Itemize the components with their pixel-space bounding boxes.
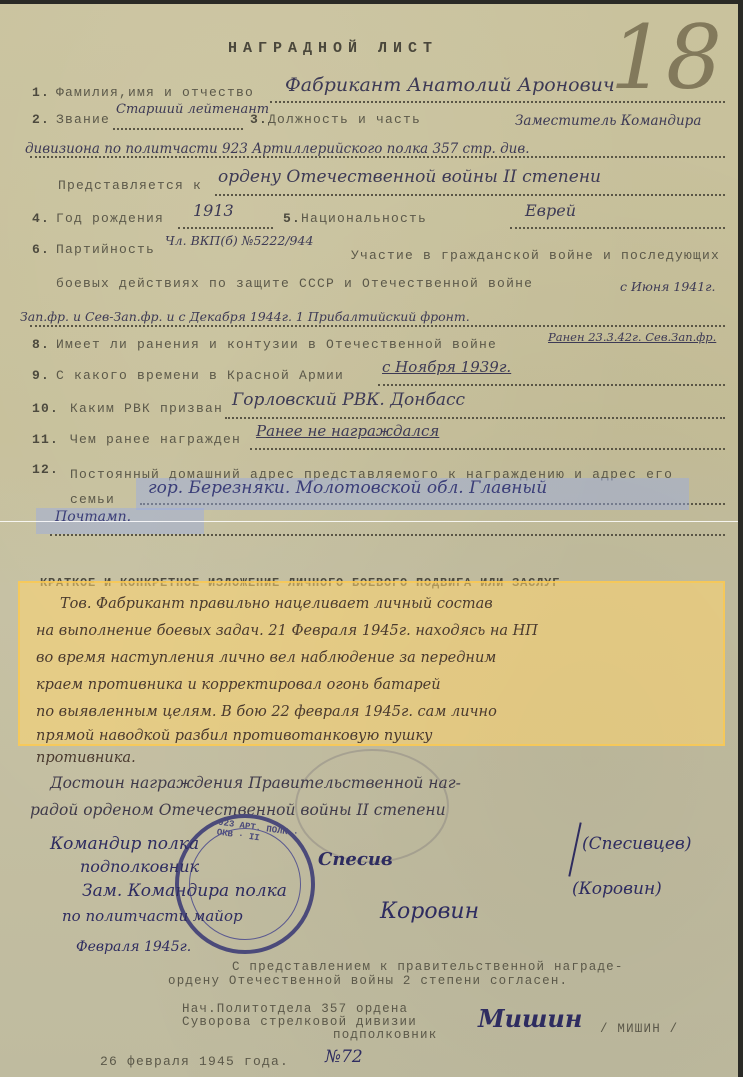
approval-role-3: подполковник (333, 1028, 437, 1042)
dotted-line (378, 382, 725, 386)
approval-role-1: Нач.Политотдела 357 ордена (182, 1002, 408, 1016)
dotted-line (225, 415, 725, 419)
document-title: НАГРАДНОЙ ЛИСТ (228, 40, 438, 57)
fold-crease (0, 521, 738, 522)
field-num-11: 11. (32, 432, 59, 447)
field-num-12: 12. (32, 462, 59, 477)
field-value-wounds: Ранен 23.3.42г. Сев.Зап.фр. (548, 330, 716, 344)
approval-role-2: Суворова стрелковой дивизии (182, 1015, 417, 1029)
field-value-rvk: Горловский РВК. Донбасс (232, 390, 465, 410)
field-value-birth-year: 1913 (193, 201, 234, 220)
field-num-9: 9. (32, 368, 50, 383)
field-num-8: 8. (32, 337, 50, 352)
conclusion-line-1: Достоин награждения Правительственной на… (50, 774, 461, 792)
field-label-rvk: Каким РВК призван (70, 401, 223, 416)
field-num-1: 1. (32, 85, 50, 100)
deputy-rank: по политчасти майор (62, 907, 243, 925)
field-label-wounds: Имеет ли ранения и контузии в Отечествен… (56, 337, 497, 352)
deputy-signature: Коровин (380, 899, 479, 924)
dotted-line (250, 446, 725, 450)
deputy-title: Зам. Командира полка (82, 881, 287, 901)
dotted-line (510, 225, 725, 229)
dotted-line (178, 225, 273, 229)
field-label-presented: Представляется к (58, 178, 202, 193)
dotted-line (215, 192, 725, 196)
document-number: №72 (325, 1047, 363, 1067)
field-value-nationality: Еврей (525, 201, 576, 220)
field-label-birth-year: Год рождения (56, 211, 164, 226)
field-label-prev-awards: Чем ранее награжден (70, 432, 241, 447)
signature-date: Февраля 1945г. (76, 939, 191, 955)
approval-line-2: ордену Отечественной войны 2 степени сог… (168, 974, 568, 988)
approval-name: / МИШИН / (600, 1022, 678, 1036)
field-value-address-line2: Почтамп. (55, 509, 131, 525)
bracket (568, 822, 581, 876)
field-value-war-participation: с Июня 1941г. Зап.фр. и Сев-Зап.фр. и с … (20, 272, 725, 332)
approval-line-1: С представлением к правительственной наг… (232, 960, 624, 974)
approval-signature: Мишин (478, 1004, 582, 1033)
feat-line-1: Тов. Фабрикант правильно нацеливает личн… (60, 596, 493, 612)
field-value-prev-awards: Ранее не награждался (256, 422, 439, 440)
dotted-line (270, 99, 725, 103)
approval-date: 26 февраля 1945 года. (100, 1054, 289, 1069)
field-value-position: Заместитель Командира дивизиона по полит… (25, 107, 725, 163)
deputy-name: (Коровин) (572, 879, 662, 899)
feat-line-3: во время наступления лично вел наблюдени… (36, 650, 496, 666)
award-sheet-document: 18 НАГРАДНОЙ ЛИСТ 1. Фамилия,имя и отчес… (0, 4, 738, 1077)
field-value-address-line1: гор. Березняки. Молотовской обл. Главный (148, 478, 547, 498)
field-label-nationality: Национальность (301, 211, 427, 226)
archive-number: 18 (610, 6, 722, 109)
field-label-army-since: С какого времени в Красной Армии (56, 368, 344, 383)
commander-title: Командир полка (50, 834, 199, 854)
field-value-name: Фабрикант Анатолий Аронович (285, 74, 615, 96)
field-num-10: 10. (32, 401, 59, 416)
field-num-4: 4. (32, 211, 50, 226)
feat-line-6: прямой наводкой разбил противотанковую п… (36, 728, 432, 744)
field-value-award: ордену Отечественной войны II степени (218, 167, 601, 187)
commander-name: (Спесивцев) (582, 834, 691, 854)
commander-rank: подполковник (80, 857, 199, 876)
field-label-name: Фамилия,имя и отчество (56, 85, 254, 100)
feat-line-5: по выявленным целям. В бою 22 февраля 19… (36, 704, 497, 720)
field-num-6: 6. (32, 242, 50, 257)
feat-line-2: на выполнение боевых задач. 21 Февраля 1… (36, 623, 538, 639)
feat-line-4: краем противника и корректировал огонь б… (36, 677, 441, 693)
feat-line-7: противника. (36, 750, 136, 766)
field-num-5: 5. (283, 211, 301, 226)
commander-signature: Спесив (318, 849, 393, 870)
field-value-army-since: с Ноября 1939г. (382, 358, 511, 376)
